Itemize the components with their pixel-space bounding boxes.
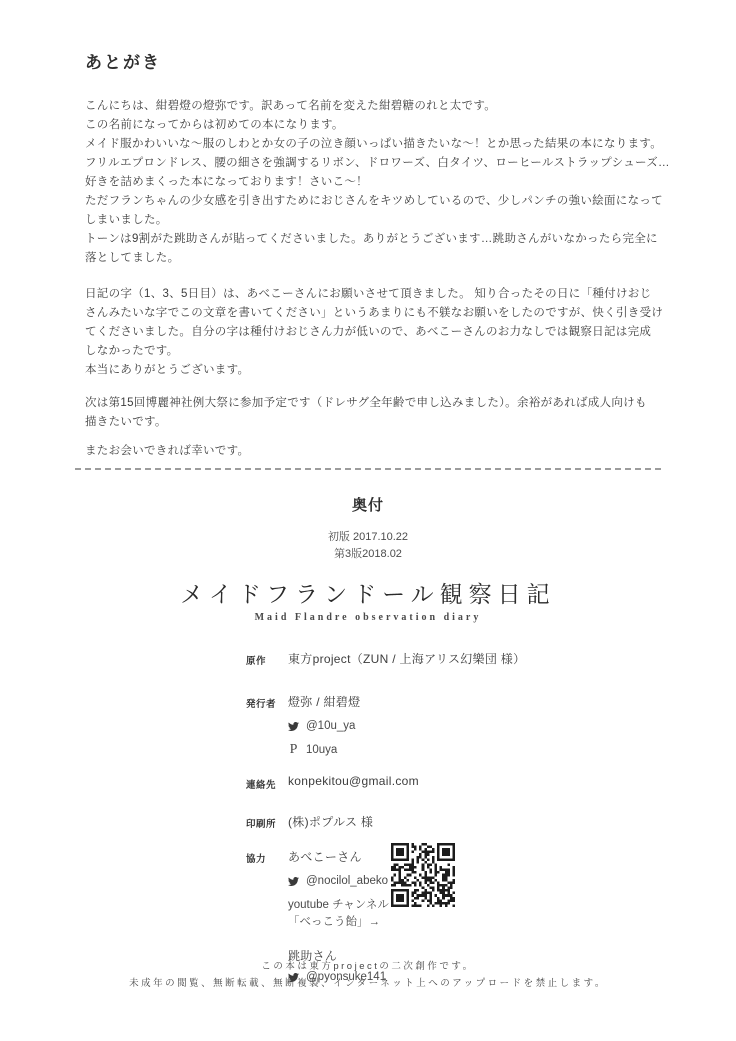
twitter-icon <box>288 721 299 732</box>
cooperation-twitter-handle: @nocilol_abeko <box>306 875 388 887</box>
credit-label-publisher: 発行者 <box>246 693 288 710</box>
credit-label-empty <box>246 947 288 950</box>
footer-prohibition-notice: 未成年の閲覧、無断転載、無断複製、インターネット上へのアップロードを禁止します。 <box>0 975 736 992</box>
book-title-japanese: メイドフランドール観察日記 <box>0 576 736 609</box>
edition-first: 初版 2017.10.22 <box>0 529 736 546</box>
credit-label-contact: 連絡先 <box>246 774 288 791</box>
credit-row-publisher: 発行者 燈弥 / 紺碧燈 @10u_ya P 10uya <box>246 693 686 758</box>
cooperation-youtube-channel: youtube チャンネル 「べっこう飴」→ <box>288 897 389 931</box>
afterword-paragraph: 日記の字（1、3、5日目）は、あべこーさんにお願いさせて頂きました。 知り合った… <box>85 285 695 380</box>
twitter-icon <box>288 876 299 887</box>
colophon-heading: 奥付 <box>0 494 736 515</box>
afterword-heading: あとがき <box>85 48 695 73</box>
credit-label-original: 原作 <box>246 650 288 667</box>
dashed-divider <box>75 468 661 470</box>
credit-row-contact: 連絡先 konpekitou@gmail.com <box>246 774 686 791</box>
credit-row-printer: 印刷所 (株)ポプルス 様 <box>246 813 686 830</box>
credit-row-cooperation: 協力 あべこーさん @nocilol_abeko youtube チャンネル 「… <box>246 848 686 931</box>
qr-code <box>391 843 455 907</box>
edition-third: 第3版2018.02 <box>0 546 736 563</box>
publisher-pixiv-id: 10uya <box>306 744 337 756</box>
afterword-paragraph: 次は第15回博麗神社例大祭に参加予定です（ドレサグ全年齢で申し込みました）。余裕… <box>85 394 695 432</box>
credit-row-original: 原作 東方project（ZUN / 上海アリス幻樂団 様） <box>246 650 686 667</box>
credit-value-publisher: 燈弥 / 紺碧燈 <box>288 693 360 710</box>
footer-derivative-notice: この本は東方projectの二次創作です。 <box>0 958 736 975</box>
book-title-english: Maid Flandre observation diary <box>0 612 736 623</box>
colophon-footer: この本は東方projectの二次創作です。 未成年の閲覧、無断転載、無断複製、イ… <box>0 958 736 992</box>
credit-value-original: 東方project（ZUN / 上海アリス幻樂団 様） <box>288 650 525 667</box>
credits-list: 原作 東方project（ZUN / 上海アリス幻樂団 様） 発行者 燈弥 / … <box>246 650 686 983</box>
afterword-section: あとがき こんにちは、紺碧燈の燈弥です。訳あって名前を変えた紺碧糖のれと太です。… <box>85 48 695 461</box>
credit-label-cooperation: 協力 <box>246 848 288 865</box>
cooperation-name: あべこーさん <box>288 848 389 865</box>
edition-info: 初版 2017.10.22 第3版2018.02 <box>0 529 736 563</box>
publisher-twitter-handle: @10u_ya <box>306 720 355 732</box>
afterword-paragraph: またお会いできれば幸いです。 <box>85 442 695 461</box>
credit-label-printer: 印刷所 <box>246 813 288 830</box>
contact-email: konpekitou@gmail.com <box>288 774 419 788</box>
pixiv-icon: P <box>288 742 299 758</box>
afterword-paragraph: こんにちは、紺碧燈の燈弥です。訳あって名前を変えた紺碧糖のれと太です。 この名前… <box>85 97 695 268</box>
printer-name: (株)ポプルス 様 <box>288 813 373 830</box>
